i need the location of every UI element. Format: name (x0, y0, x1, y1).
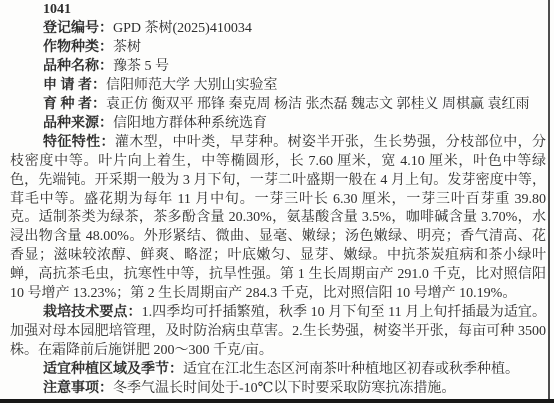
field-registration-number: 登记编号：GPD 茶树(2025)410034 (10, 20, 546, 39)
field-crop-type: 作物种类：茶树 (10, 39, 546, 58)
variety-origin-label: 品种来源： (43, 116, 113, 131)
variety-name-label: 品种名称： (43, 59, 113, 74)
suitable-regions-seasons-label: 适宜种植区域及季节： (43, 362, 183, 377)
registration-number-value: GPD 茶树(2025)410034 (113, 21, 252, 36)
entry-number: 1041 (10, 1, 546, 20)
page-right-edge-scan-line (548, 0, 550, 399)
applicant-label: 申 请 者： (43, 78, 106, 93)
field-variety-origin: 品种来源：信阳地方群体种系统选育 (10, 115, 546, 134)
field-cultivation-techniques: 栽培技术要点：1.四季均可扦插繁殖，秋季 10 月下旬至 11 月上旬扦插最为适… (10, 304, 546, 361)
crop-type-value: 茶树 (113, 40, 141, 55)
variety-name-value: 豫茶 5 号 (113, 59, 169, 74)
registration-number-label: 登记编号： (43, 21, 113, 36)
field-applicant: 申 请 者：信阳师范大学 大别山实验室 (10, 77, 546, 96)
page-bottom-divider-bar (0, 399, 554, 403)
crop-type-label: 作物种类： (43, 40, 113, 55)
breeders-label: 育 种 者： (43, 97, 106, 112)
field-variety-name: 品种名称：豫茶 5 号 (10, 58, 546, 77)
precautions-label: 注意事项： (43, 381, 113, 396)
breeders-value: 袁正仿 衡双平 邢锋 秦克周 杨洁 张杰磊 魏志文 郭桂义 周棋赢 袁红雨 (106, 97, 530, 112)
document-text-block: 1041 登记编号：GPD 茶树(2025)410034 作物种类：茶树 品种名… (10, 1, 546, 399)
field-precautions: 注意事项：冬季气温长时间处于-10℃以下时要采取防寒抗冻措施。 (10, 380, 546, 399)
field-suitable-regions-seasons: 适宜种植区域及季节：适宜在江北生态区河南茶叶种植地区初春或秋季种植。 (10, 361, 546, 380)
field-characteristics: 特征特性：灌木型，中叶类，早芽种。树姿半开张，生长势强，分枝部位中，分枝密度中等… (10, 134, 546, 305)
precautions-value: 冬季气温长时间处于-10℃以下时要采取防寒抗冻措施。 (113, 381, 455, 396)
variety-origin-value: 信阳地方群体种系统选育 (113, 116, 267, 131)
characteristics-value: 灌木型，中叶类，早芽种。树姿半开张，生长势强，分枝部位中，分枝密度中等。叶片向上… (10, 135, 546, 302)
characteristics-label: 特征特性： (43, 135, 115, 150)
suitable-regions-seasons-value: 适宜在江北生态区河南茶叶种植地区初春或秋季种植。 (183, 362, 519, 377)
applicant-value: 信阳师范大学 大别山实验室 (106, 78, 278, 93)
cultivation-techniques-label: 栽培技术要点： (43, 305, 142, 320)
field-breeders: 育 种 者：袁正仿 衡双平 邢锋 秦克周 杨洁 张杰磊 魏志文 郭桂义 周棋赢 … (10, 96, 546, 115)
scanned-document-page: 1041 登记编号：GPD 茶树(2025)410034 作物种类：茶树 品种名… (0, 0, 554, 405)
